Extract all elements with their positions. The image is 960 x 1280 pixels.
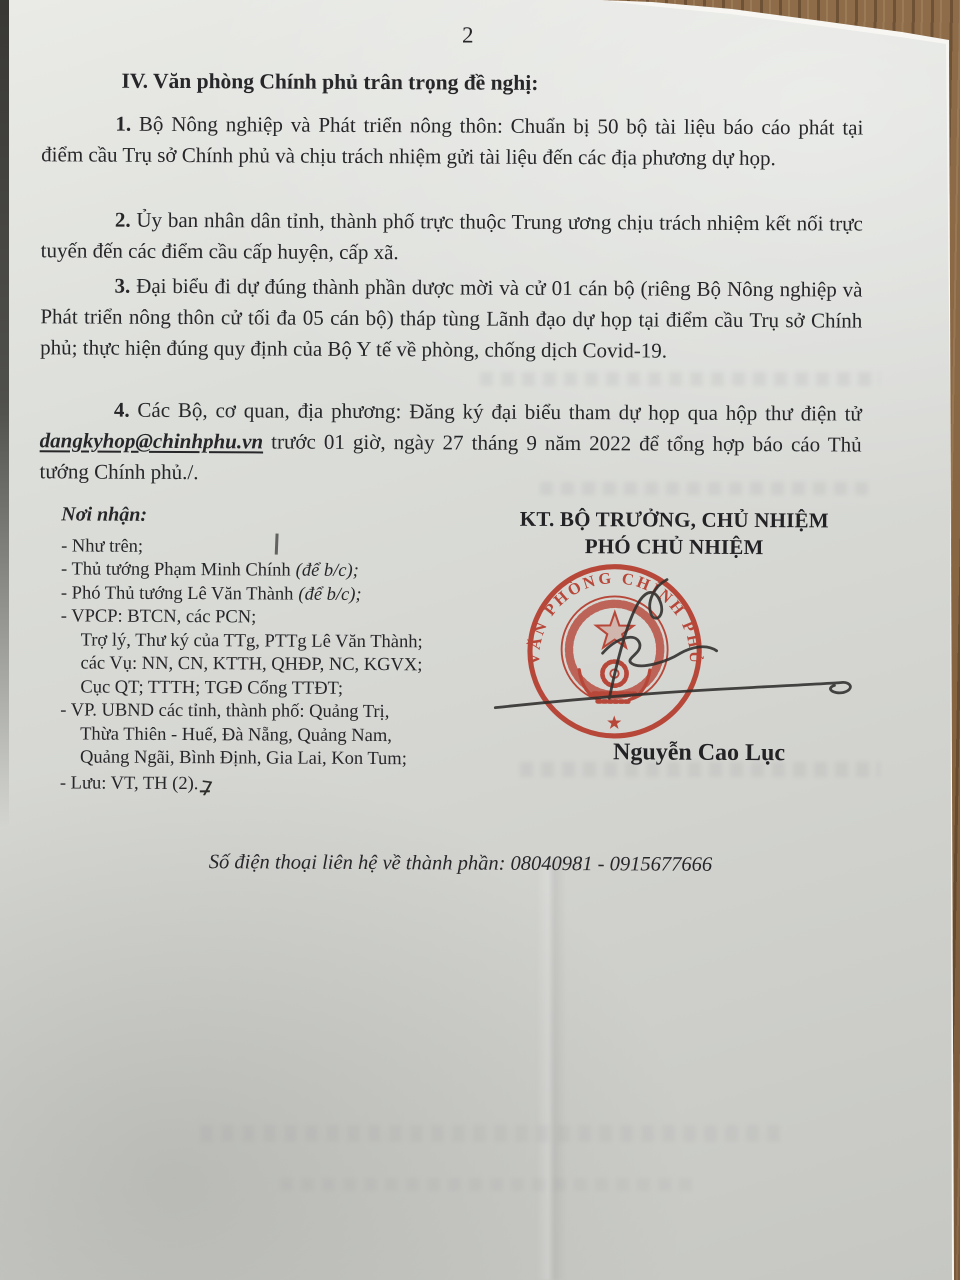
recipient-text: - Phó Thủ tướng Lê Văn Thành: [61, 583, 294, 604]
item-number: 1.: [115, 112, 131, 136]
recipient-line: các Vụ: NN, CN, KTTH, QHĐP, NC, KGVX;: [60, 652, 500, 678]
recipient-line: Quảng Ngãi, Bình Định, Gia Lai, Kon Tum;: [60, 746, 500, 772]
recipient-line: Cục QT; TTTH; TGĐ Cổng TTĐT;: [60, 676, 500, 702]
item-number: 3.: [114, 274, 130, 298]
photo-scene: 2 IV. Văn phòng Chính phủ trân trọng đề …: [0, 0, 960, 1280]
signer-name: Nguyễn Cao Lục: [514, 739, 884, 768]
signer-title-line1: KT. BỘ TRƯỞNG, CHỦ NHIỆM: [489, 506, 859, 535]
page-number: 2: [57, 20, 879, 50]
recipient-line: - VP. UBND các tỉnh, thành phố: Quảng Tr…: [60, 699, 500, 725]
recipient-line: - Như trên;: [61, 535, 501, 561]
list-item-3: 3. Đại biểu đi dự đúng thành phần dược m…: [40, 270, 862, 367]
section-heading: IV. Văn phòng Chính phủ trân trọng đề ng…: [122, 69, 539, 96]
recipient-line: - Thủ tướng Phạm Minh Chính(để b/c);: [61, 558, 501, 584]
recipient-line: Thừa Thiên - Huế, Đà Nẵng, Quảng Nam,: [60, 723, 500, 749]
document-content: 2 IV. Văn phòng Chính phủ trân trọng đề …: [35, 0, 864, 1280]
item-number: 4.: [114, 398, 130, 422]
ink-signature: [488, 556, 859, 733]
recipient-text: Trợ lý, Thư ký của TTg, PTTg Lê Văn Thàn…: [81, 630, 423, 652]
recipients-block: Nơi nhận: - Như trên; - Thủ tướng Phạm M…: [60, 503, 502, 797]
recipient-text: Cục QT; TTTH; TGĐ Cổng TTĐT;: [80, 677, 343, 698]
registration-email: dangkyhop@chinhphu.vn: [40, 428, 264, 453]
item-number: 2.: [115, 208, 131, 232]
list-item-1: 1. Bộ Nông nghiệp và Phát triển nông thô…: [41, 108, 863, 174]
signature-block: KT. BỘ TRƯỞNG, CHỦ NHIỆM PHÓ CHỦ NHIỆM: [489, 506, 859, 562]
recipient-text: Quảng Ngãi, Bình Định, Gia Lai, Kon Tum;: [80, 747, 407, 769]
for-report-note: (để b/c);: [298, 584, 361, 604]
list-item-4: 4. Các Bộ, cơ quan, địa phương: Đăng ký …: [39, 394, 861, 491]
recipient-line: Trợ lý, Thư ký của TTg, PTTg Lê Văn Thàn…: [61, 629, 501, 655]
list-item-2: 2. Ủy ban nhân dân tỉnh, thành phố trực …: [41, 204, 863, 270]
item-text: Các Bộ, cơ quan, địa phương: Đăng ký đại…: [137, 398, 862, 426]
recipient-text: - VPCP: BTCN, các PCN;: [61, 606, 257, 627]
recipient-text: - VP. UBND các tỉnh, thành phố: Quảng Tr…: [60, 700, 389, 722]
recipient-text: - Lưu: VT, TH (2).: [60, 773, 199, 794]
recipient-text: - Thủ tướng Phạm Minh Chính: [61, 559, 291, 580]
item-text: Đại biểu đi dự đúng thành phần dược mời …: [40, 274, 862, 363]
recipient-line: - Lưu: VT, TH (2).7: [60, 770, 500, 798]
recipient-text: Thừa Thiên - Huế, Đà Nẵng, Quảng Nam,: [80, 724, 392, 746]
recipients-label: Nơi nhận:: [61, 503, 501, 529]
photo-left-shadow: [0, 0, 9, 900]
contact-phone-line: Số điện thoại liên hệ về thành phần: 080…: [49, 850, 871, 877]
recipient-line: - Phó Thủ tướng Lê Văn Thành(để b/c);: [61, 582, 501, 608]
item-text: Ủy ban nhân dân tỉnh, thành phố trực thu…: [41, 208, 863, 264]
item-text: Bộ Nông nghiệp và Phát triển nông thôn: …: [41, 112, 863, 170]
handwritten-seven: 7: [199, 776, 215, 801]
recipient-text: - Như trên;: [61, 536, 143, 556]
recipient-text: các Vụ: NN, CN, KTTH, QHĐP, NC, KGVX;: [80, 653, 422, 675]
recipient-line: - VPCP: BTCN, các PCN;: [61, 605, 501, 631]
for-report-note: (để b/c);: [296, 561, 359, 581]
